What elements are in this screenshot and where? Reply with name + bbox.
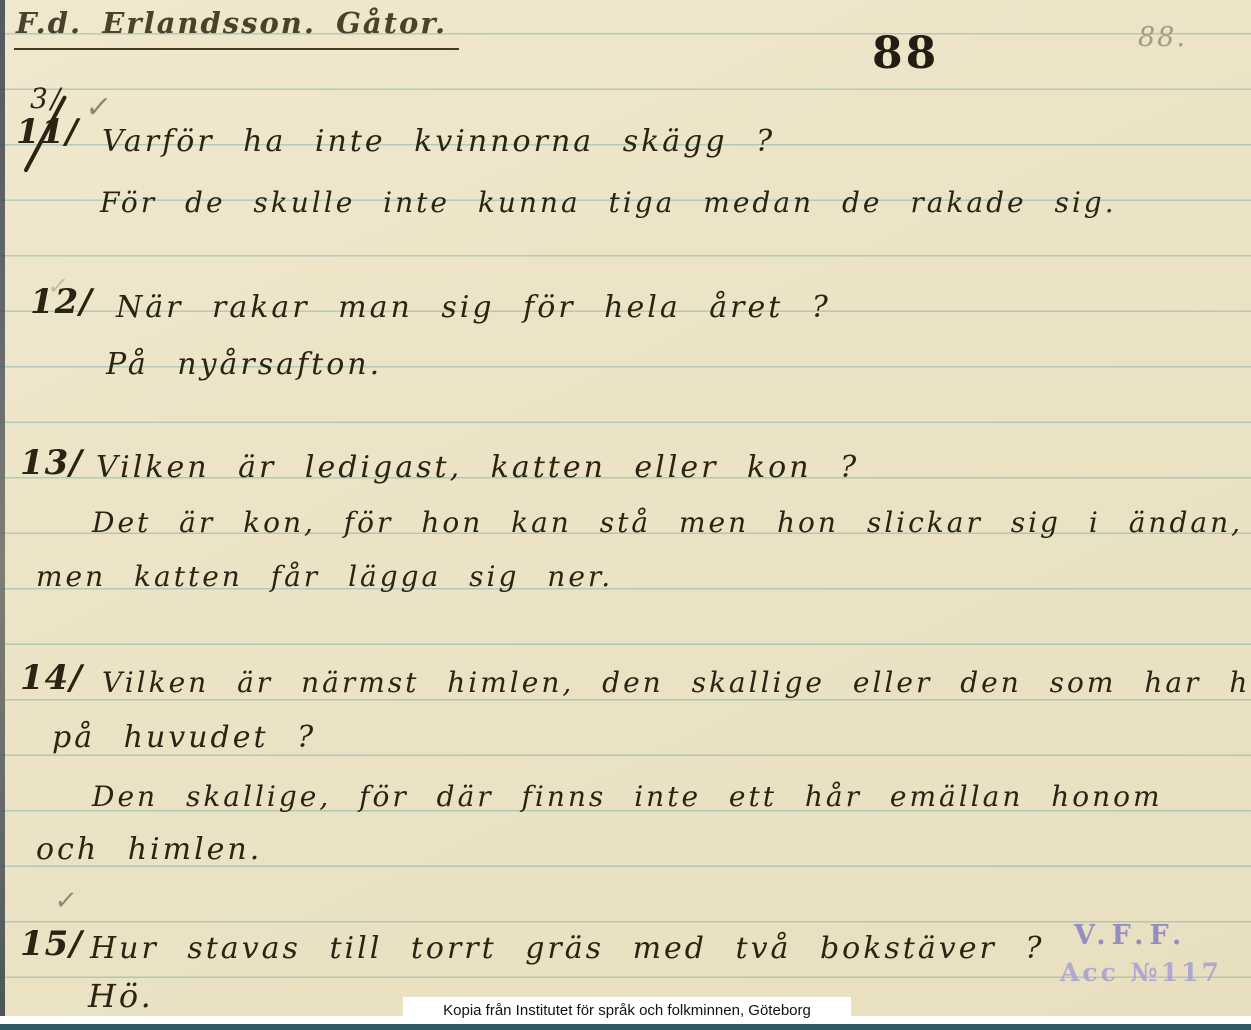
riddle-14-answer-line-1: Den skallige, för där finns inte ett hår… <box>92 780 1163 813</box>
riddle-14-answer-line-2: och himlen. <box>36 832 262 867</box>
riddle-12-number: 12/ <box>30 282 93 322</box>
riddle-15-number: 15/ <box>20 924 83 964</box>
page-header-title: F.d. Erlandsson. Gåtor. <box>14 6 459 50</box>
archive-stamp-line-2: Acc №117 <box>1060 958 1222 987</box>
footer-caption-text: Kopia från Institutet för språk och folk… <box>443 1002 811 1019</box>
riddle-14-number: 14/ <box>20 658 83 698</box>
page-number-stamp: 88 <box>872 28 939 79</box>
riddle-15-answer: Hö. <box>88 977 154 1015</box>
archive-stamp-line-1: V.F.F. <box>1074 920 1187 951</box>
riddle-14-question-line-1: Vilken är närmst himlen, den skallige el… <box>102 666 1251 699</box>
checkmark-item-15: ✓ <box>53 886 79 916</box>
scanned-document-page: F.d. Erlandsson. Gåtor. 88 88. 3/ ✓ 11/ … <box>0 0 1251 1030</box>
scan-bottom-edge <box>0 1024 1251 1030</box>
riddle-13-number: 13/ <box>20 443 83 483</box>
footer-caption-box: Kopia från Institutet för språk och folk… <box>403 997 851 1024</box>
riddle-11-answer: För de skulle inte kunna tiga medan de r… <box>100 186 1117 219</box>
riddle-11-number: 11/ <box>16 112 79 152</box>
riddle-15-question: Hur stavas till torrt gräs med två bokst… <box>90 931 1044 966</box>
riddle-13-question: Vilken är ledigast, katten eller kon ? <box>96 450 859 485</box>
riddle-11-question: Varför ha inte kvinnorna skägg ? <box>102 124 775 159</box>
riddle-12-answer: På nyårsafton. <box>106 347 382 382</box>
scan-left-edge <box>0 0 5 1024</box>
page-number-pencil: 88. <box>1138 22 1187 53</box>
riddle-13-answer-line-1: Det är kon, för hon kan stå men hon slic… <box>92 506 1243 539</box>
checkmark-item-11: ✓ <box>84 90 114 125</box>
riddle-13-answer-line-2: men katten får lägga sig ner. <box>36 560 613 593</box>
riddle-14-question-line-2: på huvudet ? <box>52 720 316 755</box>
riddle-12-question: När rakar man sig för hela året ? <box>116 290 831 325</box>
